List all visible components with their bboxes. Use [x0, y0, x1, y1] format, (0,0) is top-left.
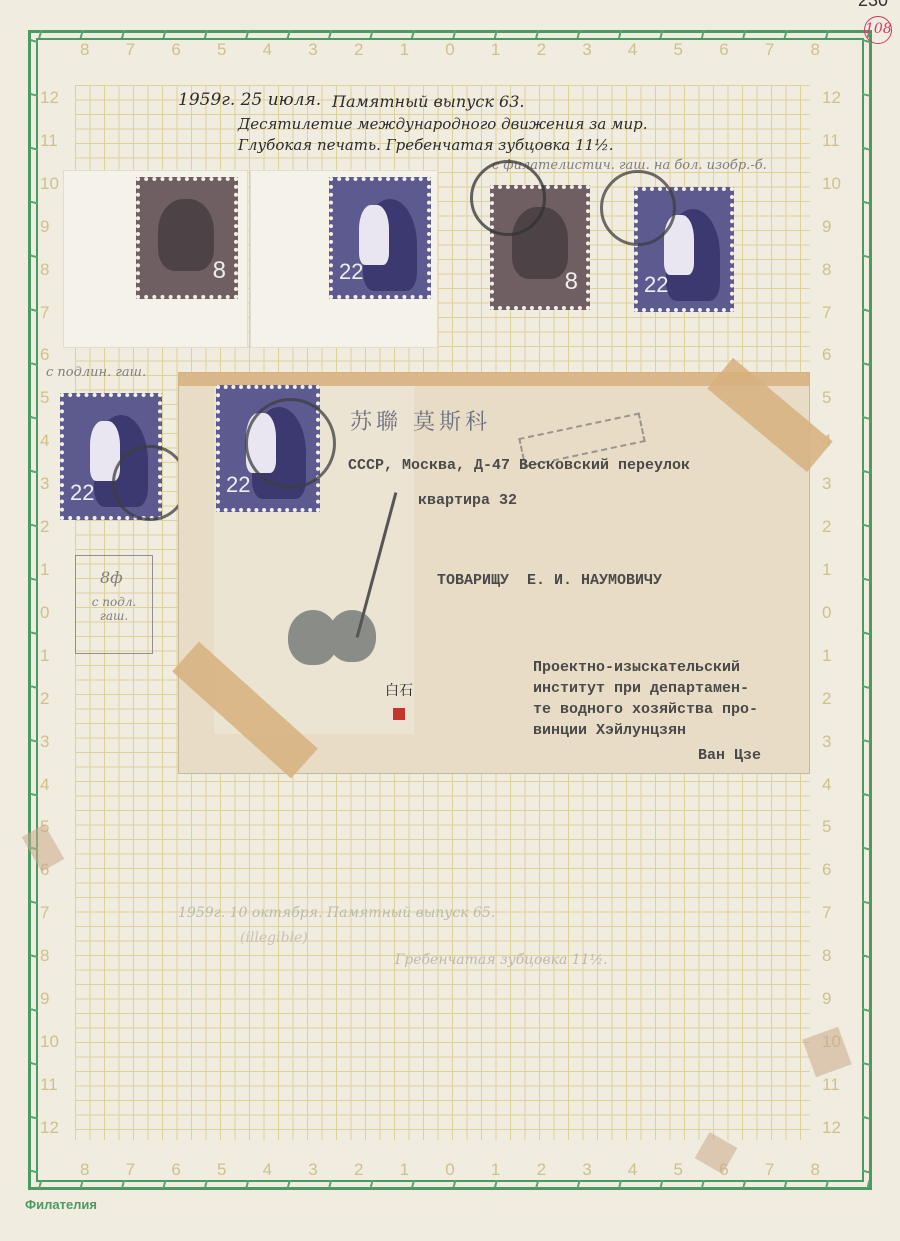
- stamp-22f-mint: 22: [329, 177, 431, 299]
- ruler-tick-label: 1: [491, 40, 500, 60]
- ruler-tick-label: 1: [491, 1160, 500, 1180]
- ruler-tick-label: 11: [40, 131, 59, 151]
- postal-note: с подлин. гаш.: [46, 365, 146, 380]
- recipient-name: ТОВАРИЩУ Е. И. НАУМОВИЧУ: [437, 570, 662, 591]
- ruler-tick-label: 1: [822, 560, 841, 580]
- box-note-value: 8ф: [100, 568, 123, 587]
- portrait-figure: [158, 199, 214, 271]
- ruler-tick-label: 0: [445, 40, 454, 60]
- ruler-tick-label: 2: [822, 689, 841, 709]
- ruler-tick-label: 4: [822, 775, 841, 795]
- stamp-denomination: 22: [339, 259, 363, 285]
- ruler-tick-label: 8: [40, 946, 59, 966]
- ruler-tick-label: 1: [400, 40, 409, 60]
- stamp-denomination: 22: [226, 472, 250, 498]
- ruler-tick-label: 2: [40, 689, 59, 709]
- erased-text-2: (illegible): [240, 930, 308, 946]
- frame-ornament-top: [30, 30, 870, 38]
- frame-ornament-left: [30, 36, 38, 1186]
- ruler-tick-label: 4: [263, 40, 272, 60]
- ruler-tick-label: 7: [765, 1160, 774, 1180]
- postmark: [470, 160, 546, 236]
- ruler-tick-label: 6: [822, 345, 841, 365]
- stamp-8f-mint: 8: [136, 177, 238, 299]
- frame-ornament-bottom: [30, 1180, 870, 1188]
- ruler-tick-label: 5: [217, 40, 226, 60]
- ruler-tick-label: 12: [40, 1118, 59, 1138]
- erased-text-3: Гребенчатая зубцовка 11½.: [395, 952, 608, 968]
- ruler-tick-label: 1: [822, 646, 841, 666]
- ruler-tick-label: 7: [822, 903, 841, 923]
- ruler-tick-label: 9: [40, 989, 59, 1009]
- ruler-tick-label: 0: [445, 1160, 454, 1180]
- ruler-tick-label: 11: [822, 1075, 841, 1095]
- ruler-tick-label: 3: [308, 40, 317, 60]
- ruler-tick-label: 7: [822, 303, 841, 323]
- ruler-tick-label: 6: [40, 345, 59, 365]
- ruler-tick-label: 6: [171, 1160, 180, 1180]
- publisher-label: Филателия: [25, 1197, 97, 1212]
- ruler-tick-label: 10: [40, 1032, 59, 1052]
- heading-date: 1959г. 25 июля.: [178, 90, 321, 110]
- address-line-2: квартира 32: [418, 490, 517, 511]
- ruler-tick-label: 4: [40, 775, 59, 795]
- ruler-left: 1211109876543210123456789101112: [40, 88, 59, 1138]
- frame-ornament-right: [862, 36, 870, 1186]
- artist-signature: 白石: [385, 680, 413, 700]
- cover-postmark: [245, 398, 336, 489]
- ruler-tick-label: 5: [674, 1160, 683, 1180]
- ruler-tick-label: 5: [674, 40, 683, 60]
- ruler-tick-label: 11: [822, 131, 841, 151]
- ruler-tick-label: 7: [126, 40, 135, 60]
- ruler-tick-label: 0: [822, 603, 841, 623]
- goose-painting: [328, 610, 376, 662]
- ruler-tick-label: 3: [40, 732, 59, 752]
- sender-name: Ван Цзе: [698, 745, 761, 766]
- postmark: [112, 445, 188, 521]
- chinese-address: 苏聯 莫斯科: [350, 405, 491, 436]
- ruler-tick-label: 5: [822, 388, 841, 408]
- ruler-tick-label: 9: [40, 217, 59, 237]
- ruler-tick-label: 3: [582, 1160, 591, 1180]
- page-number: 230: [858, 0, 888, 11]
- ruler-tick-label: 8: [811, 1160, 820, 1180]
- heading-issue: Памятный выпуск 63.: [332, 92, 524, 111]
- heading-line2: Десятилетие международного движения за м…: [238, 115, 648, 133]
- ruler-tick-label: 1: [40, 646, 59, 666]
- ruler-tick-label: 11: [40, 1075, 59, 1095]
- ruler-tick-label: 9: [822, 217, 841, 237]
- ruler-tick-label: 10: [40, 174, 59, 194]
- ruler-tick-label: 10: [822, 174, 841, 194]
- ruler-tick-label: 6: [171, 40, 180, 60]
- address-line-1: СССР, Москва, Д-47 Весковский переулок: [348, 455, 690, 476]
- silhouette-white-figure: [359, 205, 389, 265]
- stamp-denomination: 8: [565, 268, 578, 296]
- ruler-tick-label: 2: [822, 517, 841, 537]
- stamp-denomination: 22: [70, 480, 94, 506]
- ruler-tick-label: 8: [811, 40, 820, 60]
- ruler-tick-label: 8: [822, 946, 841, 966]
- circled-number: 108: [864, 16, 892, 44]
- sender-line-1: Проектно-изыскательский: [533, 657, 740, 678]
- ruler-tick-label: 8: [822, 260, 841, 280]
- ruler-tick-label: 5: [822, 817, 841, 837]
- ruler-tick-label: 2: [537, 40, 546, 60]
- stamp-denomination: 22: [644, 272, 668, 298]
- ruler-tick-label: 2: [354, 1160, 363, 1180]
- ruler-tick-label: 2: [40, 517, 59, 537]
- ruler-right: 1211109876543210123456789101112: [822, 88, 841, 1138]
- ruler-tick-label: 4: [628, 1160, 637, 1180]
- ruler-tick-label: 4: [628, 40, 637, 60]
- ruler-tick-label: 12: [40, 88, 59, 108]
- ruler-tick-label: 1: [40, 560, 59, 580]
- ruler-tick-label: 8: [80, 40, 89, 60]
- stamp-denomination: 8: [213, 257, 226, 285]
- ruler-tick-label: 7: [40, 303, 59, 323]
- ruler-tick-label: 9: [822, 989, 841, 1009]
- box-note-text: с подл. гаш.: [86, 595, 142, 623]
- ruler-tick-label: 3: [308, 1160, 317, 1180]
- erased-text-1: 1959г. 10 октября. Памятный выпуск 65.: [178, 905, 495, 921]
- ruler-top: 87654321012345678: [80, 40, 820, 60]
- ruler-tick-label: 4: [263, 1160, 272, 1180]
- ruler-tick-label: 7: [40, 903, 59, 923]
- ruler-tick-label: 6: [822, 860, 841, 880]
- ruler-tick-label: 4: [40, 431, 59, 451]
- sender-line-4: винции Хэйлунцзян: [533, 720, 686, 741]
- ruler-tick-label: 3: [822, 474, 841, 494]
- ruler-tick-label: 2: [354, 40, 363, 60]
- ruler-tick-label: 3: [822, 732, 841, 752]
- ruler-tick-label: 8: [80, 1160, 89, 1180]
- ruler-tick-label: 8: [40, 260, 59, 280]
- ruler-tick-label: 0: [40, 603, 59, 623]
- ruler-tick-label: 5: [217, 1160, 226, 1180]
- ruler-tick-label: 5: [40, 388, 59, 408]
- ruler-tick-label: 12: [822, 1118, 841, 1138]
- artist-seal: [393, 708, 405, 720]
- heading-line3: Глубокая печать. Гребенчатая зубцовка 11…: [238, 136, 614, 154]
- ruler-tick-label: 3: [40, 474, 59, 494]
- ruler-tick-label: 3: [582, 40, 591, 60]
- ruler-tick-label: 1: [400, 1160, 409, 1180]
- ruler-tick-label: 12: [822, 88, 841, 108]
- sender-line-2: институт при департамен-: [533, 678, 749, 699]
- ruler-tick-label: 6: [719, 40, 728, 60]
- sender-line-3: те водного хозяйства про-: [533, 699, 758, 720]
- ruler-tick-label: 7: [126, 1160, 135, 1180]
- ruler-tick-label: 7: [765, 40, 774, 60]
- ruler-tick-label: 2: [537, 1160, 546, 1180]
- postmark: [600, 170, 676, 246]
